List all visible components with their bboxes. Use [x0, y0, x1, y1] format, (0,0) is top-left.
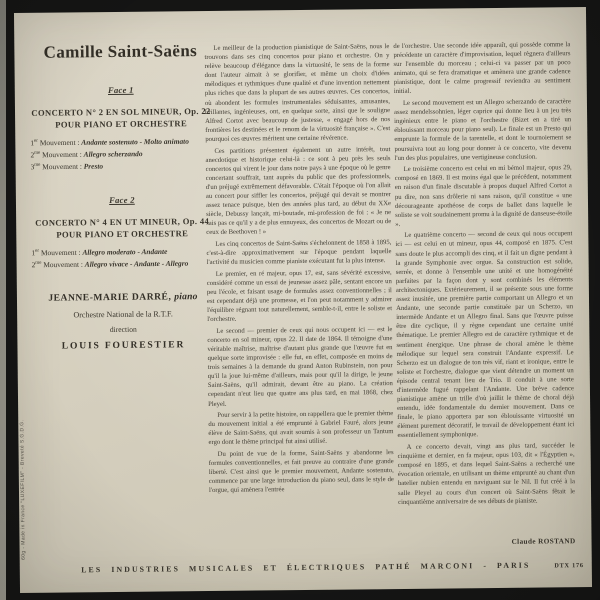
author-signature: Claude ROSTAND: [512, 537, 576, 546]
liner-notes-paragraph: Le second — premier de ceux qui nous occ…: [207, 325, 393, 409]
liner-notes-paragraph: Pour servir à la petite histoire, on rap…: [208, 409, 393, 447]
face1-movements: 1er Mouvement : Andante sostenuto - Molt…: [29, 135, 213, 173]
liner-notes-paragraph: Le quatrième concerto — second de ceux q…: [395, 230, 574, 441]
liner-notes-paragraph: Du point de vue de la forme, Saint-Saëns…: [209, 448, 394, 495]
liner-notes-paragraph: Ces partitions présentent également un a…: [205, 145, 391, 238]
liner-notes-column-1: Le meilleur de la production pianistique…: [204, 42, 394, 547]
movement-tempo: Allegro scherzando: [84, 149, 143, 159]
movement-tempo: Andante sostenuto - Molto animato: [81, 137, 189, 147]
movement-row: 1er Mouvement : Andante sostenuto - Molt…: [30, 135, 213, 149]
pianist-credit: JEANNE-MARIE DARRÉ, piano: [31, 291, 215, 304]
movement-tempo: Presto: [84, 162, 103, 171]
photo-background-edge: [0, 0, 6, 600]
publisher-footer: LES INDUSTRIES MUSICALES ET ÉLECTRIQUES …: [20, 560, 592, 575]
composer-title: Camille Saint-Saëns: [28, 41, 212, 63]
movement-tempo: Allegro vivace - Andante - Allegro: [85, 259, 189, 269]
orchestra-credit: Orchestre National de la R.T.F.: [31, 309, 215, 320]
catalog-number: DTX 176: [554, 562, 584, 569]
face1-concerto-title: CONCERTO N° 2 EN SOL MINEUR, Op. 22 POUR…: [29, 106, 213, 131]
liner-notes-paragraph: Le premier, en ré majeur, opus 17, est, …: [207, 268, 393, 324]
liner-notes-paragraph: de l'orchestre. Une seconde idée apparaî…: [393, 40, 571, 96]
movement-row: 2me Mouvement : Allegro vivace - Andante…: [32, 257, 215, 271]
face2-concerto-title: CONCERTO N° 4 EN UT MINEUR, Op. 44 POUR …: [30, 216, 214, 241]
liner-notes-paragraph: Le troisième concerto est celui en mi bé…: [395, 163, 573, 229]
face2-movements: 1er Mouvement : Allegro moderato - Andan…: [30, 245, 214, 271]
instrument-label: piano: [174, 291, 198, 302]
face1-label: Face 1: [108, 85, 134, 95]
movement-tempo: Allegro moderato - Andante: [82, 247, 167, 257]
album-info-column: Camille Saint-Saëns Face 1 CONCERTO N° 2…: [28, 41, 215, 352]
direction-label: direction: [31, 324, 215, 335]
liner-notes-paragraph: A ce concerto devait, vingt ans plus tar…: [398, 441, 576, 507]
conductor-credit: LOUIS FOURESTIER: [31, 339, 215, 352]
record-sleeve-back-cover: Camille Saint-Saëns Face 1 CONCERTO N° 2…: [14, 7, 592, 593]
edge-print-credit: 60g - Made in France "LUXEFILM" - Brevet…: [19, 420, 26, 560]
liner-notes-paragraph: Le meilleur de la production pianistique…: [204, 42, 390, 144]
liner-notes-paragraph: Les cinq concertos de Saint-Saëns s'éche…: [206, 238, 391, 267]
liner-notes-paragraph: Le second mouvement est un Allegro scher…: [394, 97, 572, 163]
liner-notes-column-2: de l'orchestre. Une seconde idée apparaî…: [393, 40, 575, 534]
performers-block: JEANNE-MARIE DARRÉ, piano Orchestre Nati…: [31, 291, 216, 352]
face2-label: Face 2: [109, 195, 135, 205]
